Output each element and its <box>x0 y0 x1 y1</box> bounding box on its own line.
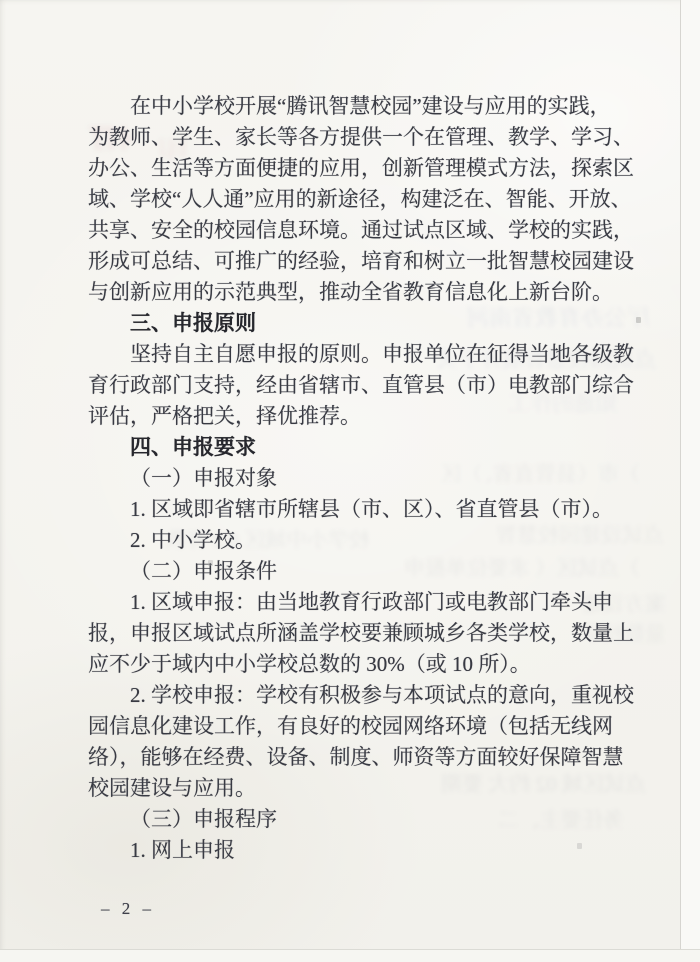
text-line-15: 2. 中小学校。 <box>88 525 663 556</box>
text-line-4: 域、学校“人人通”应用的新途径，构建泛在、智能、开放、 <box>88 184 663 215</box>
text-line-25: 1. 网上申报 <box>88 835 663 866</box>
dust-speck-2 <box>577 843 582 849</box>
text-line-2: 为教师、学生、家长等各方提供一个在管理、教学、学习、 <box>88 122 663 153</box>
text-line-10: 育行政部门支持，经由省辖市、直管县（市）电教部门综合 <box>88 370 663 401</box>
text-line-11: 评估，严格把关，择优推荐。 <box>88 401 663 432</box>
text-line-12: 四、申报要求 <box>88 432 663 463</box>
text-line-17: 1. 区域申报：由当地教育行政部门或电教部门牵头申 <box>88 587 663 618</box>
text-line-24: （三）申报程序 <box>88 804 663 835</box>
text-line-8: 三、申报原则 <box>88 308 663 339</box>
text-line-23: 校园建设与应用。 <box>88 773 663 804</box>
text-line-7: 与创新应用的示范典型，推动全省教育信息化上新台阶。 <box>88 277 663 308</box>
text-line-6: 形成可总结、可推广的经验，培育和树立一批智慧校园建设 <box>88 246 663 277</box>
text-line-19: 应不少于域内中小学校总数的 30%（或 10 所）。 <box>88 649 663 680</box>
scan-edge-right <box>680 0 700 962</box>
text-line-5: 共享、安全的校园信息环境。通过试点区域、学校的实践， <box>88 215 663 246</box>
text-line-3: 办公、生活等方面便捷的应用，创新管理模式方法，探索区 <box>88 153 663 184</box>
text-line-1: 在中小学校开展“腾讯智慧校园”建设与应用的实践， <box>88 91 663 122</box>
text-line-20: 2. 学校申报：学校有积极参与本项试点的意向，重视校 <box>88 680 663 711</box>
document-body: 在中小学校开展“腾讯智慧校园”建设与应用的实践，为教师、学生、家长等各方提供一个… <box>88 91 663 866</box>
text-line-13: （一）申报对象 <box>88 463 663 494</box>
scanned-page: 批复印厅公办育教省南河点试园校慧智展开于关知通的作工）市（县管直省、）区点试设建… <box>0 0 700 962</box>
dust-speck-1 <box>636 317 641 323</box>
text-line-14: 1. 区域即省辖市所辖县（市、区）、省直管县（市）。 <box>88 494 663 525</box>
text-line-9: 坚持自主自愿申报的原则。申报单位在征得当地各级教 <box>88 339 663 370</box>
dust-speck-3 <box>208 560 213 566</box>
text-line-16: （二）申报条件 <box>88 556 663 587</box>
scan-edge-bottom <box>0 949 700 962</box>
page-number: – 2 – <box>101 899 155 919</box>
text-line-21: 园信息化建设工作，有良好的校园网络环境（包括无线网 <box>88 711 663 742</box>
text-line-22: 络），能够在经费、设备、制度、师资等方面较好保障智慧 <box>88 742 663 773</box>
text-line-18: 报，申报区域试点所涵盖学校要兼顾城乡各类学校，数量上 <box>88 618 663 649</box>
